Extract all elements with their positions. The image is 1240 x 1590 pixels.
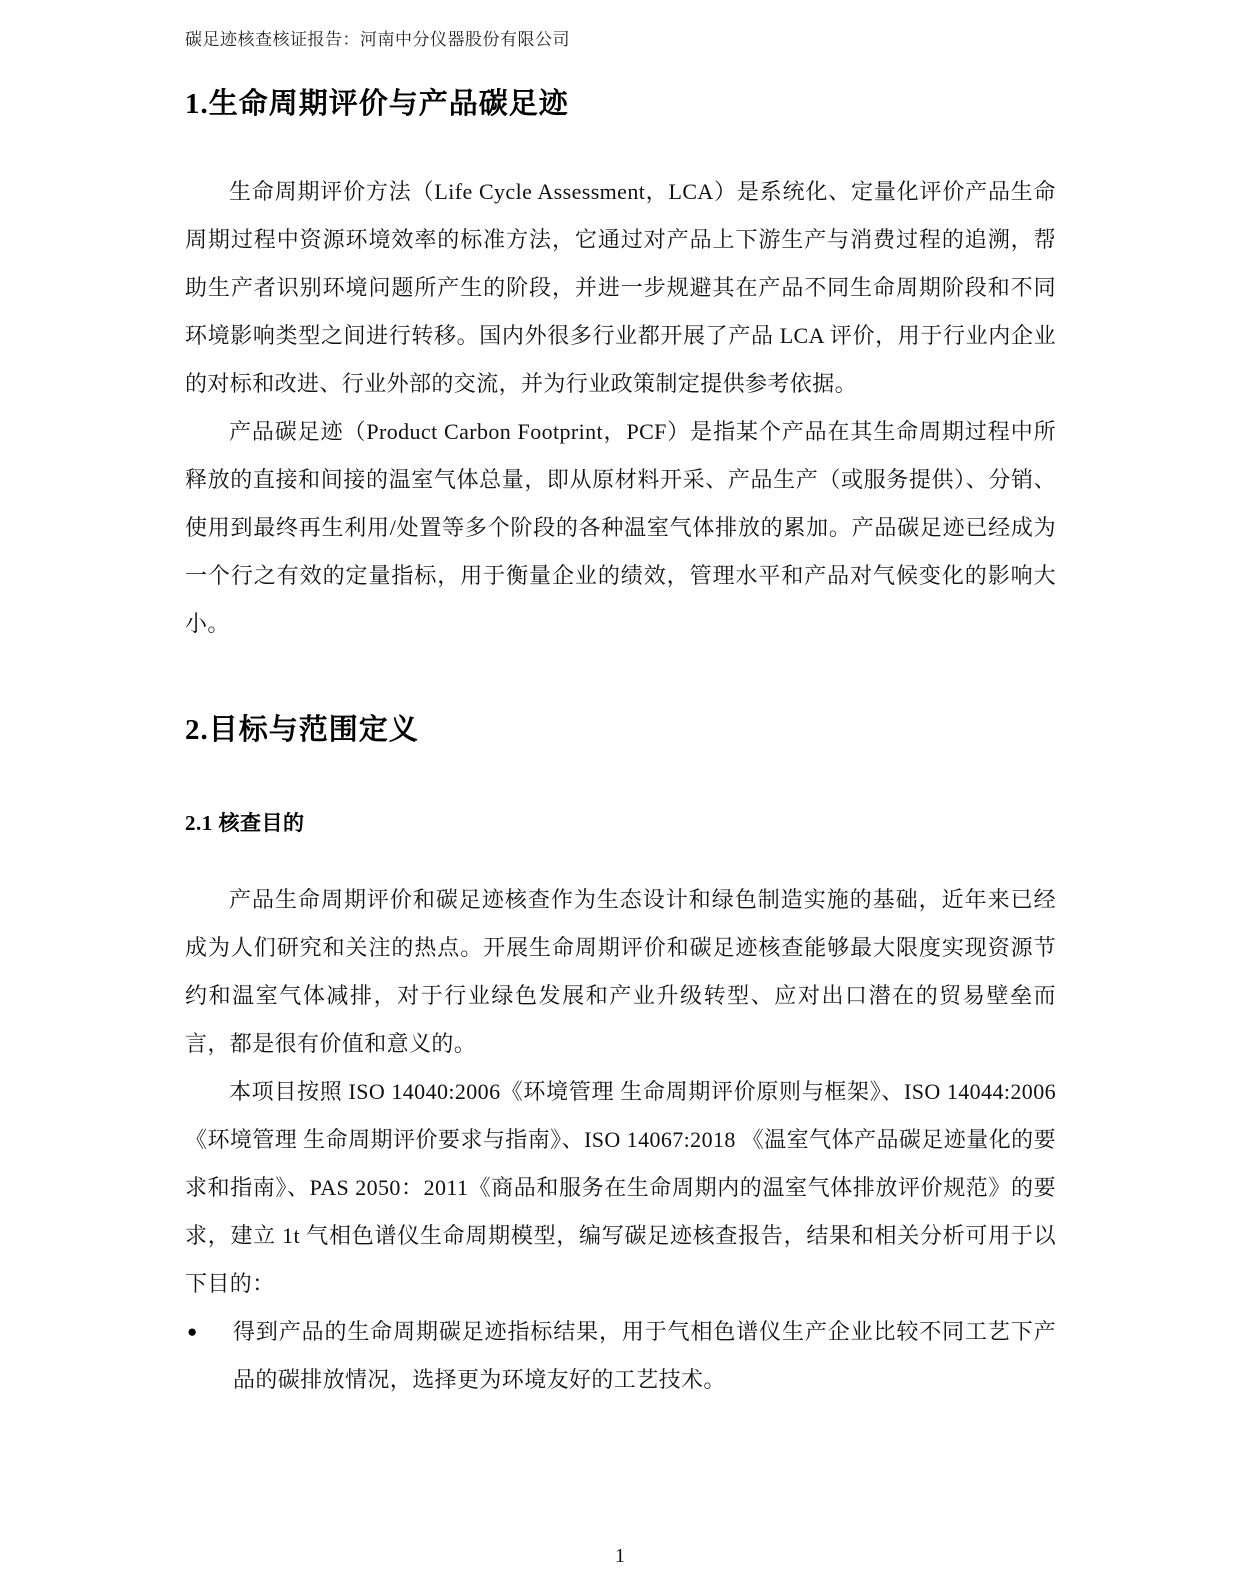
section-2-1-paragraph-background: 产品生命周期评价和碳足迹核查作为生态设计和绿色制造实施的基础，近年来已经成为人们… — [185, 876, 1056, 1068]
purpose-bullet-list: ● 得到产品的生命周期碳足迹指标结果，用于气相色谱仪生产企业比较不同工艺下产品的… — [185, 1308, 1056, 1404]
purpose-bullet-text: 得到产品的生命周期碳足迹指标结果，用于气相色谱仪生产企业比较不同工艺下产品的碳排… — [233, 1319, 1056, 1392]
section-1-body: 生命周期评价方法（Life Cycle Assessment，LCA）是系统化、… — [185, 168, 1056, 648]
section-2-1-body: 产品生命周期评价和碳足迹核查作为生态设计和绿色制造实施的基础，近年来已经成为人们… — [185, 876, 1056, 1404]
section-1-paragraph-lca: 生命周期评价方法（Life Cycle Assessment，LCA）是系统化、… — [185, 168, 1056, 408]
bullet-dot-icon: ● — [187, 1308, 198, 1356]
section-2-1-heading: 2.1 核查目的 — [185, 808, 1056, 838]
section-2-heading: 2.目标与范围定义 — [185, 710, 1056, 750]
purpose-bullet-item: ● 得到产品的生命周期碳足迹指标结果，用于气相色谱仪生产企业比较不同工艺下产品的… — [185, 1308, 1056, 1404]
section-2-1-paragraph-standards: 本项目按照 ISO 14040:2006《环境管理 生命周期评价原则与框架》、I… — [185, 1068, 1056, 1308]
page-number: 1 — [0, 1545, 1240, 1568]
page-header-title: 碳足迹核查核证报告：河南中分仪器股份有限公司 — [185, 28, 1056, 52]
section-1-heading: 1.生命周期评价与产品碳足迹 — [185, 84, 1056, 124]
report-page: 碳足迹核查核证报告：河南中分仪器股份有限公司 1.生命周期评价与产品碳足迹 生命… — [0, 0, 1240, 1590]
section-1-paragraph-pcf: 产品碳足迹（Product Carbon Footprint，PCF）是指某个产… — [185, 408, 1056, 648]
